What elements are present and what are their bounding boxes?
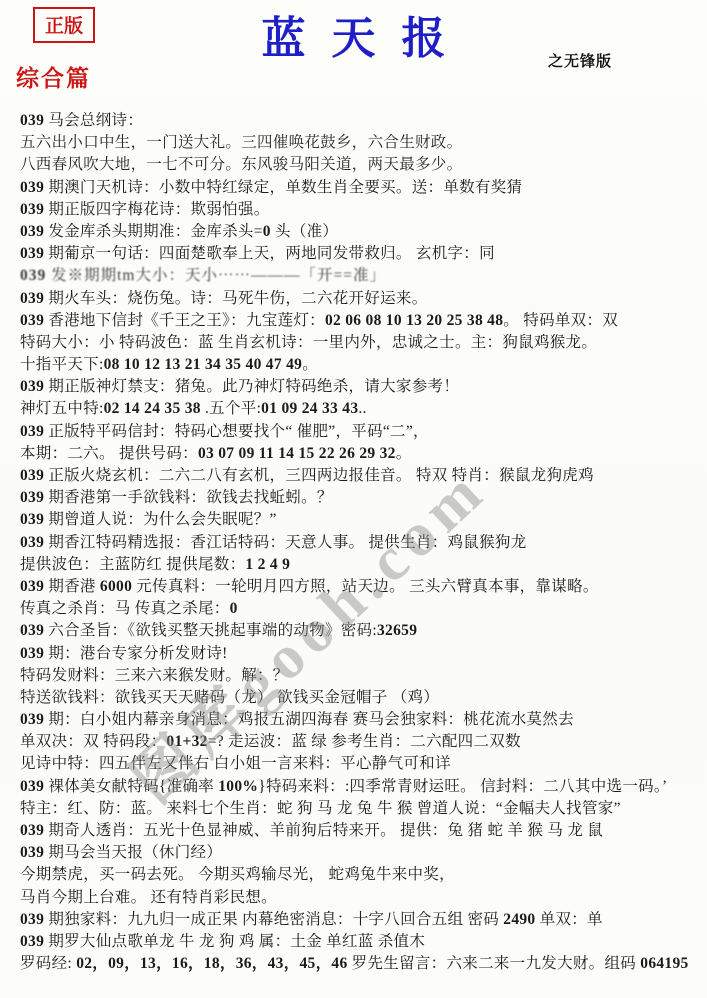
- text-line: 罗码经: 02，09，13，16，18，36，43，45，46 罗先生留言：六来…: [20, 953, 701, 975]
- text-line: 八西春风吹大地，一七不可分。东风骏马阳关道，两天最多少。: [20, 154, 701, 176]
- text-line: 039 裸体美女献特码{准确率 100%}特码来料：:四季常青财运旺。 信封料：…: [20, 776, 701, 798]
- text-line: 039 期曾道人说：为什么会失眠呢？”: [20, 509, 701, 531]
- text-line: 神灯五中特:02 14 24 35 38 .五个平:01 09 24 33 43…: [20, 398, 701, 420]
- text-line: 特码大小：小 特码波色：蓝 生肖玄机诗：一里内外，忠诚之士。主：狗鼠鸡猴龙。: [20, 332, 701, 354]
- text-line: 039 期葡京一句话：四面楚歌奉上天，两地同发带救归。 玄机字：同: [20, 243, 701, 265]
- text-line: 039 发金库杀头期期准：金库杀头=0 头（准）: [20, 221, 701, 243]
- text-line: 特送欲钱料：欲钱买天天赌码（龙） 欲钱买金冠帽子 （鸡）: [20, 687, 701, 709]
- text-line: 039 期澳门天机诗：小数中特红绿定，单数生肖全要买。送：单数有奖猜: [20, 177, 701, 199]
- text-line: 039 香港地下信封《千王之王》：九宝莲灯：02 06 08 10 13 20 …: [20, 310, 701, 332]
- newspaper-page: 正版 蓝天报 之无锋版 综合篇 图库gooh.com 039 马会总纲诗：五六出…: [0, 0, 707, 998]
- text-line: 今期禁虎，买一码去死。 今期买鸡输尽光， 蛇鸡兔牛来中奖，: [20, 864, 701, 886]
- text-line: 本期：二六。 提供号码：03 07 09 11 14 15 22 26 29 3…: [20, 443, 701, 465]
- text-line: 五六出小口中生，一门送大礼。三四催唤花鼓乡，六合生财政。: [20, 132, 701, 154]
- text-line: 039 期：白小姐内幕亲身消息：鸡报五湖四海春 赛马会独家料：桃花流水莫然去: [20, 709, 701, 731]
- section-heading: 综合篇: [16, 60, 91, 93]
- text-line: 039 正版火烧玄机：二六二八有玄机，三四两边报佳音。 特双 特肖：猴鼠龙狗虎鸡: [20, 465, 701, 487]
- text-line: 单双决：双 特码段：01+32=? 走运波：蓝 绿 参考生肖：二六配四二双数: [20, 731, 701, 753]
- text-line: 马肖今期上台难。 还有特肖彩民想。: [20, 887, 701, 909]
- text-line: 039 期正版神灯禁支：猪兔。此乃神灯特码绝杀，请大家参考！: [20, 376, 701, 398]
- text-line: 039 期罗大仙点歌单龙 牛 龙 狗 鸡 属：土金 单红蓝 杀值木: [20, 931, 701, 953]
- text-line: 特码发财料：三来六来猴发财。解：？: [20, 665, 701, 687]
- edition-label: 之无锋版: [548, 50, 612, 71]
- text-line: 039 六合圣旨：《欲钱买整天挑起事端的动物》密码:32659: [20, 620, 701, 642]
- text-line: 特主：红、防：蓝。 来料七个生肖：蛇 狗 马 龙 兔 牛 猴 曾道人说：“金幅夫…: [20, 798, 701, 820]
- text-line: 039 期香港 6000 元传真料：一轮明月四方照，站天边。 三头六臂真本事，靠…: [20, 576, 701, 598]
- text-line: 039 期：港台专家分析发财诗!: [20, 643, 701, 665]
- text-line: 039 期香港第一手欲钱料：欲钱去找蚯蚓。？: [20, 487, 701, 509]
- text-line: 见诗中特：四五伴左又伴右 白小姐一言来料：平心静气可和详: [20, 753, 701, 775]
- text-line: 十指平天下:08 10 12 13 21 34 35 40 47 49。: [20, 354, 701, 376]
- text-line: 039 正版特平码信封：特码心想要找个“ 催肥”，平码“二”，: [20, 421, 701, 443]
- text-line: 039 期马会当天报（休门经）: [20, 842, 701, 864]
- text-line: 提供波色：主蓝防红 提供尾数：1 2 4 9: [20, 554, 701, 576]
- text-line: 039 期火车头：烧伤兔。诗：马死牛伤，二六花开好运来。: [20, 288, 701, 310]
- text-line: 传真之杀肖：马 传真之杀尾：0: [20, 598, 701, 620]
- text-line: 039 期香江特码精选报：香江话特码：天意人事。 提供生肖：鸡鼠猴狗龙: [20, 532, 701, 554]
- body-lines: 039 马会总纲诗：五六出小口中生，一门送大礼。三四催唤花鼓乡，六合生财政。八西…: [20, 110, 701, 975]
- text-line: 039 发※期期tm大小：天小⋯⋯―――「开==准」: [20, 265, 701, 287]
- text-line: 039 马会总纲诗：: [20, 110, 701, 132]
- text-line: 039 期独家料：九九归一成正果 内幕绝密消息：十字八回合五组 密码 2490 …: [20, 909, 701, 931]
- text-line: 039 期正版四字梅花诗：欺弱怕强。: [20, 199, 701, 221]
- text-line: 039 期奇人透肖：五光十色显神威、羊前狗后特来开。 提供：兔 猪 蛇 羊 猴 …: [20, 820, 701, 842]
